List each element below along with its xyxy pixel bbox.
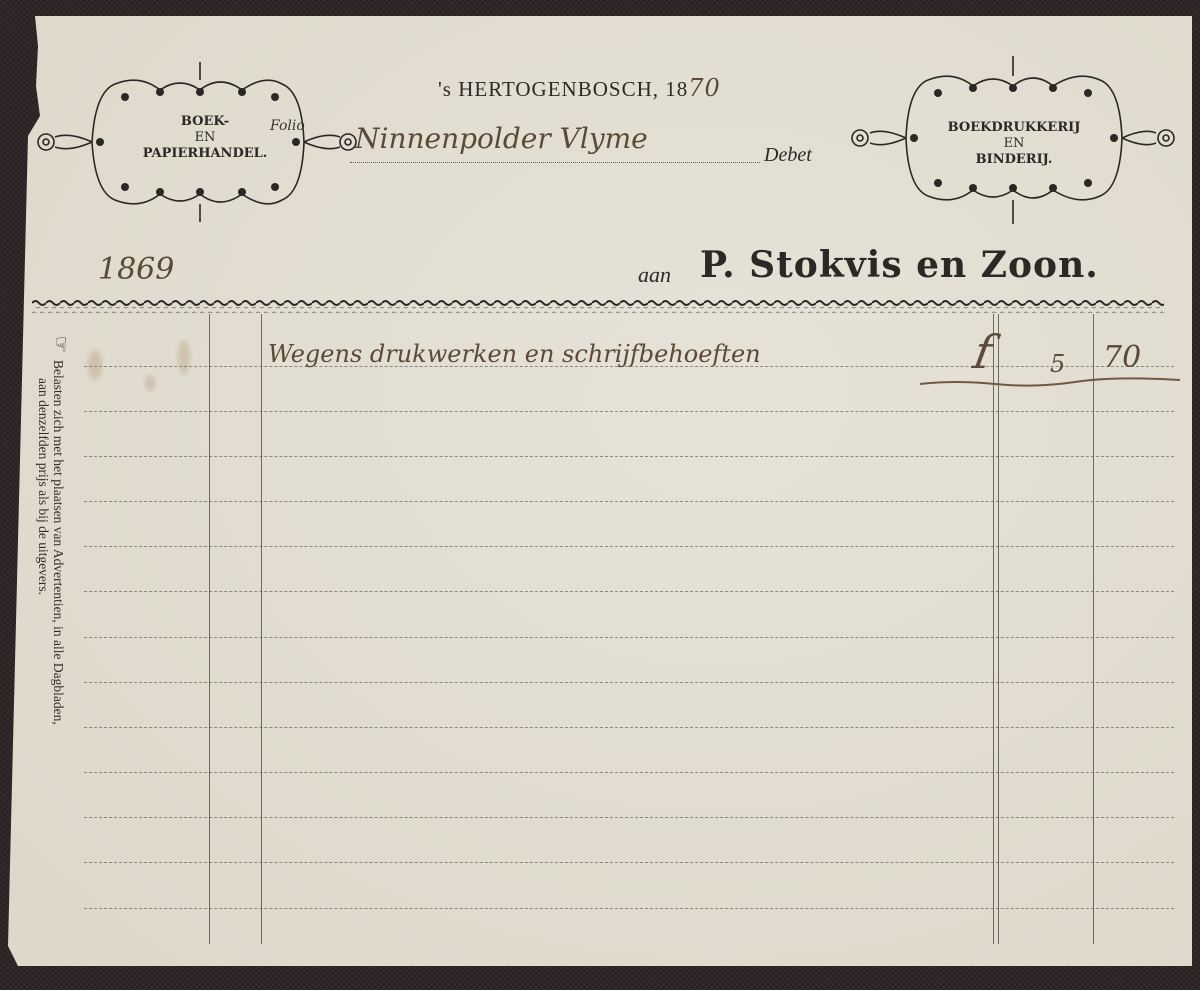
ledger-line bbox=[84, 682, 1174, 683]
column-rule bbox=[209, 314, 210, 944]
ledger-line bbox=[84, 546, 1174, 547]
total-underline bbox=[915, 372, 1185, 392]
emblem-line2: EN bbox=[850, 136, 1178, 151]
emblem-line1: BOEK- bbox=[50, 114, 360, 129]
ledger-line bbox=[84, 411, 1174, 412]
ledger-line bbox=[84, 637, 1174, 638]
recipient-name: Ninnenpolder Vlyme bbox=[355, 122, 648, 155]
entry-description: Wegens drukwerken en schrijfbehoeften bbox=[268, 340, 761, 368]
left-emblem: BOEK- EN PAPIERHANDEL. bbox=[20, 62, 360, 222]
debet-label: Debet bbox=[764, 144, 812, 167]
emblem-line2: EN bbox=[50, 130, 360, 145]
emblem-line3: BINDERIJ. bbox=[850, 152, 1178, 167]
ledger-line bbox=[84, 727, 1174, 728]
ledger-line bbox=[84, 591, 1174, 592]
ledger-line bbox=[84, 456, 1174, 457]
right-emblem: BOEKDRUKKERIJ EN BINDERIJ. bbox=[838, 48, 1178, 208]
ledger-line bbox=[84, 908, 1174, 909]
ledger-line bbox=[84, 501, 1174, 502]
column-rule bbox=[998, 314, 999, 944]
emblem-line3: PAPIERHANDEL. bbox=[50, 146, 360, 161]
year-handwritten: 70 bbox=[688, 74, 721, 102]
side-note-line2: aan denzelfden prijs als bij de uitgever… bbox=[36, 360, 51, 725]
column-rule bbox=[261, 314, 262, 944]
firm-name: P. Stokvis en Zoon. bbox=[700, 244, 1099, 286]
ledger-line bbox=[84, 772, 1174, 773]
emblem-line1: BOEKDRUKKERIJ bbox=[850, 120, 1178, 135]
column-rule bbox=[1093, 314, 1094, 944]
city-date-printed: 's HERTOGENBOSCH, 18 bbox=[438, 77, 688, 101]
entry-cents: 70 bbox=[1103, 340, 1141, 375]
stain bbox=[178, 340, 190, 374]
city-date: 's HERTOGENBOSCH, 1870 bbox=[438, 74, 721, 102]
ledger-line bbox=[84, 862, 1174, 863]
aan-label: aan bbox=[638, 262, 671, 288]
side-note: Belasten zich met het plaatsen van Adver… bbox=[36, 360, 66, 725]
column-rule bbox=[993, 314, 994, 944]
ledger-line bbox=[84, 817, 1174, 818]
account-number: 1869 bbox=[98, 252, 174, 287]
pointing-hand-icon: ☞ bbox=[48, 336, 73, 354]
side-note-line1: Belasten zich met het plaatsen van Adver… bbox=[51, 360, 66, 725]
wavy-divider bbox=[32, 298, 1164, 314]
stain bbox=[145, 375, 155, 391]
stain bbox=[88, 350, 102, 380]
